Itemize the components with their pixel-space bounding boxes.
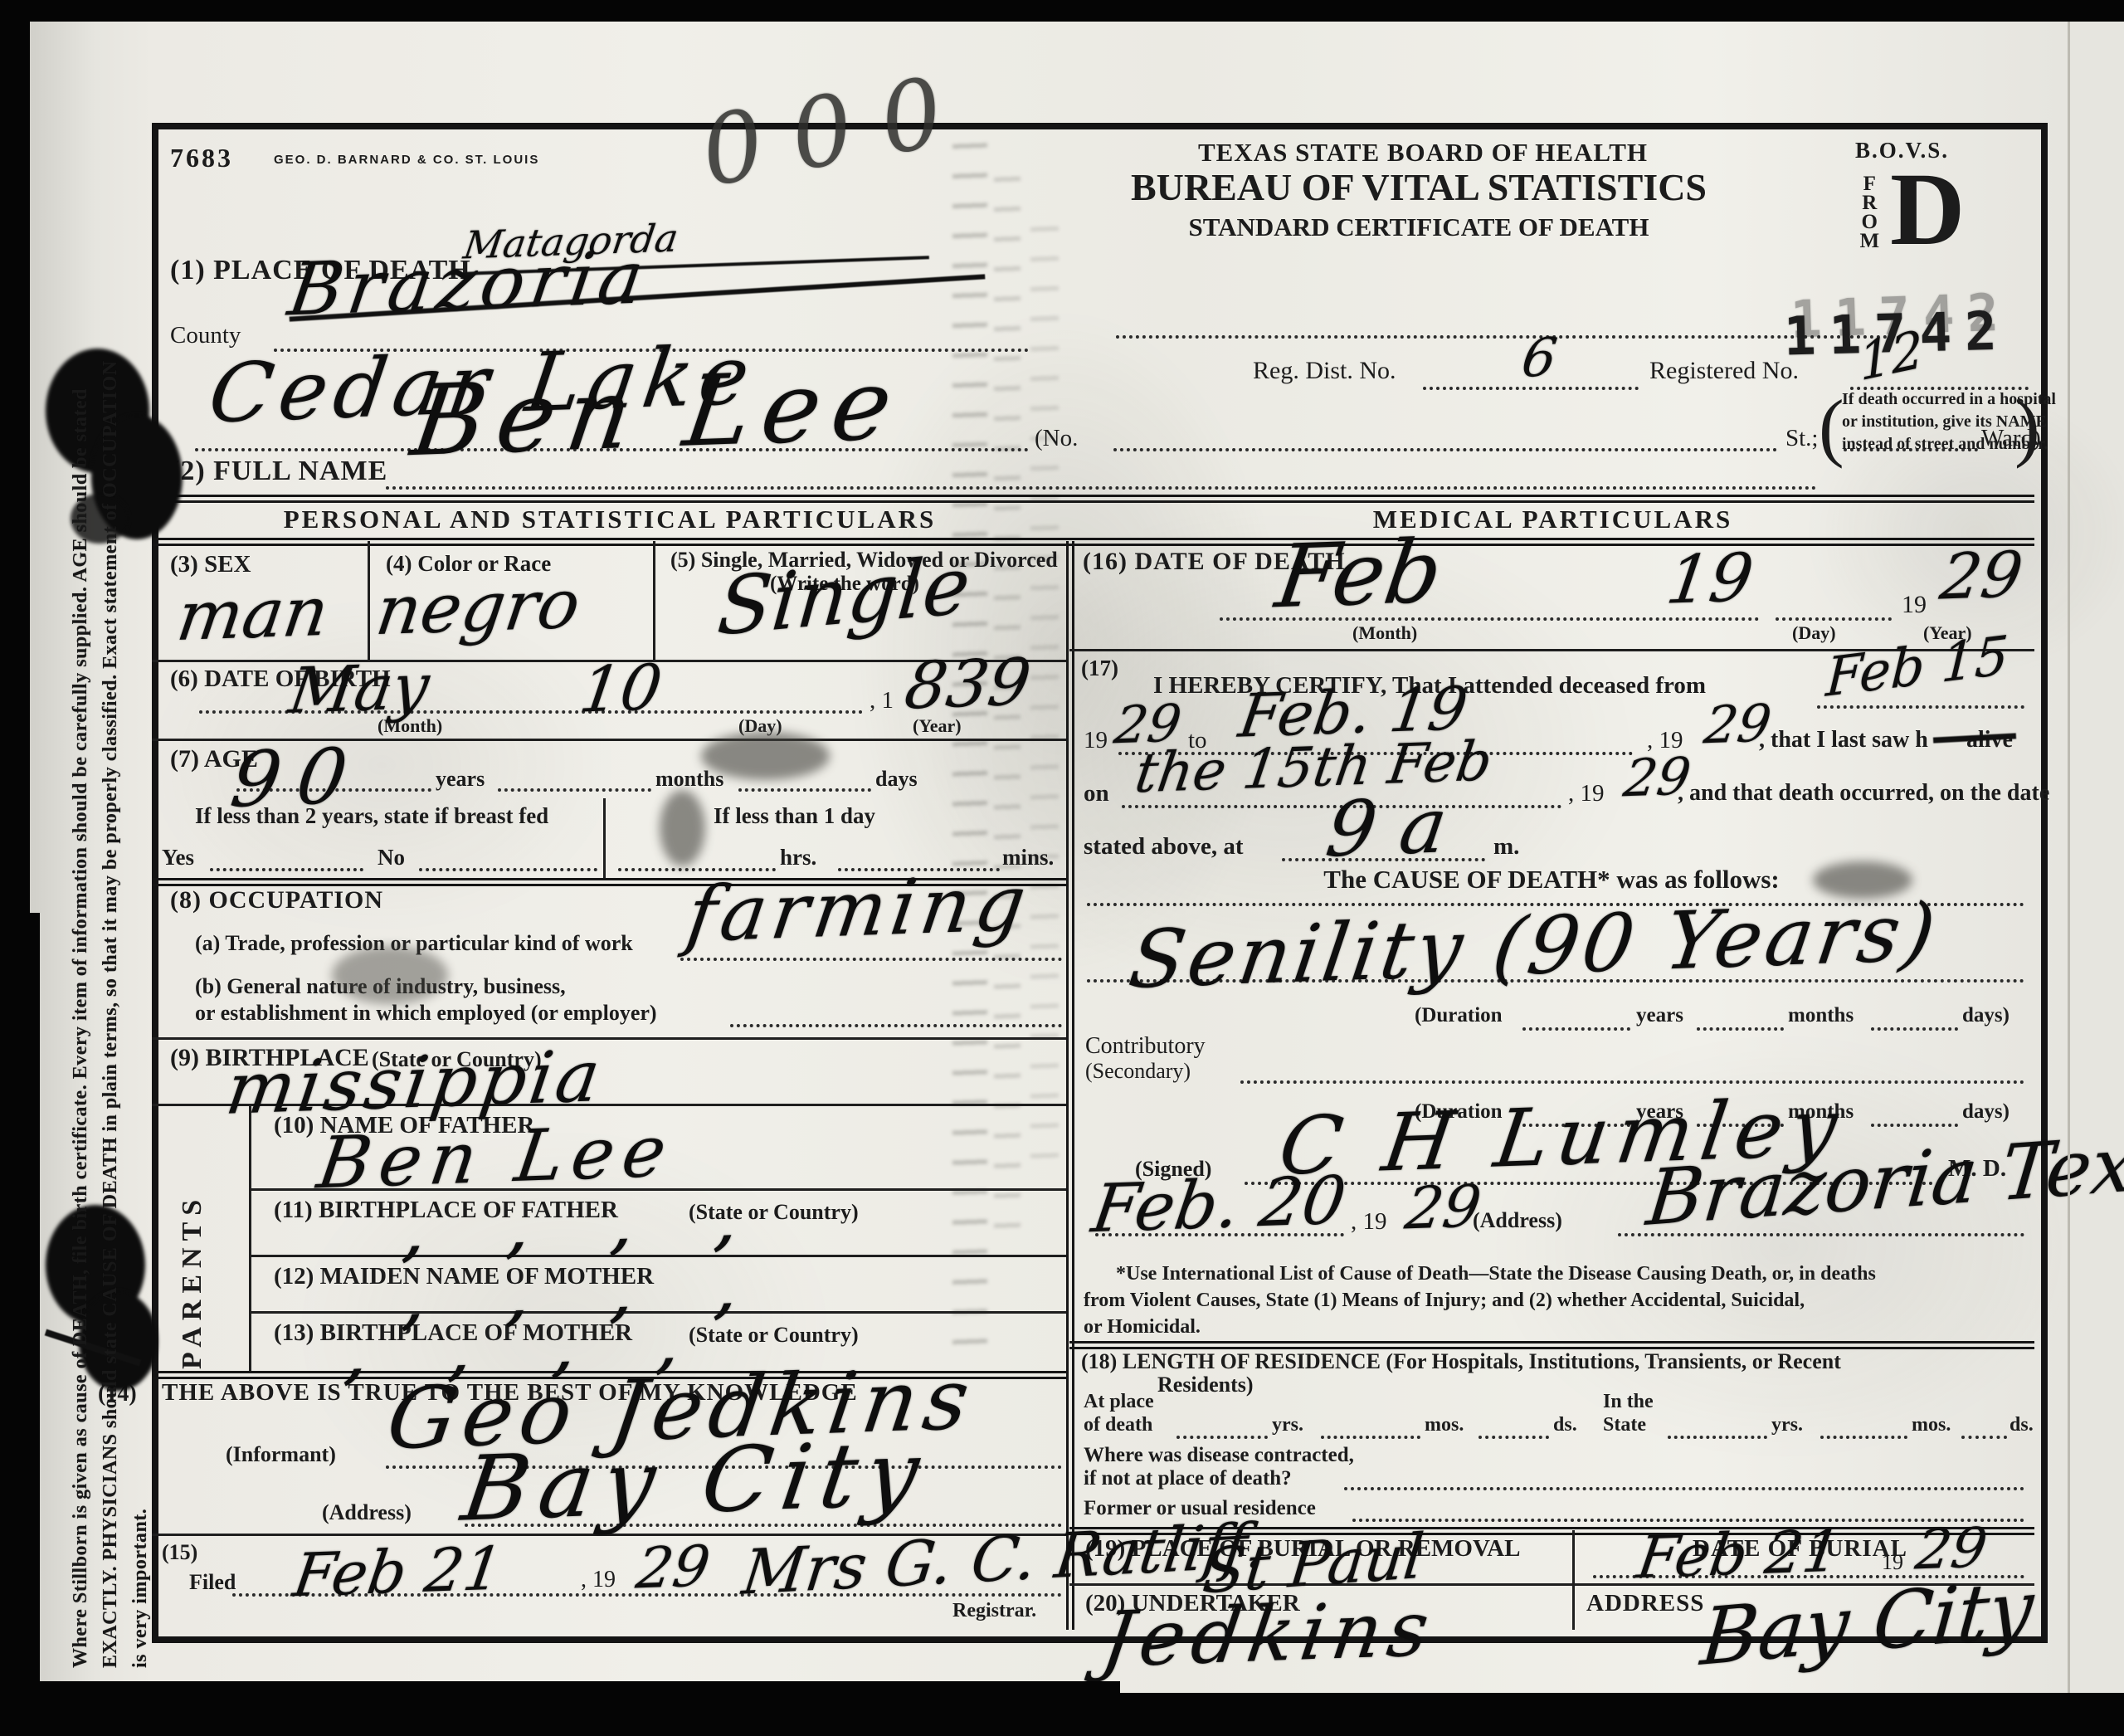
parents-vertical-label: PARENTS	[176, 1129, 208, 1369]
filed-date-handwriting: Feb 21	[290, 1539, 506, 1606]
certify-line3-tail: , and that death occurred, on the date	[1678, 780, 2049, 807]
hospital-note-line3: instead of street and number.	[1842, 435, 2048, 454]
contracted-dotted	[1344, 1487, 2024, 1490]
dob-month-handwriting: May	[285, 655, 433, 723]
certify-line4-pre: stated above, at	[1084, 833, 1244, 861]
residence-dots	[1176, 1436, 1268, 1439]
row-rule	[152, 1037, 1066, 1040]
dob-day-handwriting: 10	[576, 656, 665, 721]
hospital-note-line1: If death occurred in a hospital	[1842, 390, 2056, 409]
informant-label: (Informant)	[226, 1442, 336, 1467]
age-dots	[738, 788, 871, 792]
death-date-dotted-2	[1776, 617, 1892, 621]
contracted-label-1: Where was disease contracted,	[1084, 1444, 1354, 1468]
registrar-label: Registrar.	[952, 1600, 1036, 1623]
margin-note-line-2: EXACTLY. PHYSICIANS should state CAUSE O…	[100, 41, 122, 1668]
occupation-a-handwriting: farming	[682, 866, 1035, 953]
residence-dots	[1321, 1436, 1420, 1439]
certify-year1-printed: 19	[1084, 727, 1108, 754]
duration1-dots	[1697, 1027, 1784, 1031]
undertaker-address-label: ADDRESS	[1586, 1590, 1704, 1617]
footnote-line2: from Violent Causes, State (1) Means of …	[1084, 1290, 1805, 1313]
death-month-handwriting: Feb	[1271, 529, 1447, 622]
pencil-scribble	[332, 946, 448, 1004]
at-place-label-2: of death	[1084, 1414, 1152, 1437]
form-letter-d: D	[1890, 151, 1965, 271]
hospital-note-line2: or institution, give its NAME	[1842, 412, 2047, 432]
ink-smudge	[701, 732, 830, 780]
certify-year2-handwriting: 29	[1701, 698, 1774, 752]
filed-label: Filed	[189, 1570, 236, 1595]
duration1-label: (Duration	[1415, 1004, 1503, 1028]
age-years-word: years	[436, 767, 485, 792]
birthplace-handwriting: missippia	[222, 1041, 607, 1125]
column-divider	[1066, 541, 1074, 1630]
father-name-handwriting: Ben Lee	[314, 1116, 679, 1200]
less-than-day-label: If less than 1 day	[714, 803, 875, 829]
race-value-handwriting: negro	[373, 571, 584, 646]
yrs-label-2: yrs.	[1771, 1414, 1803, 1437]
row-rule-heavy	[1069, 1341, 2034, 1349]
no-label: (No.	[1035, 425, 1078, 452]
race-marital-divider	[653, 541, 655, 660]
no-dots	[419, 868, 597, 871]
from-label: FROM	[1857, 173, 1881, 280]
dob-year-printed: , 1	[870, 687, 894, 714]
at-place-label-1: At place	[1084, 1391, 1154, 1414]
sex-race-divider	[368, 541, 370, 660]
margin-note-line-3: is very important.	[129, 41, 152, 1668]
sex-value-handwriting: man	[173, 578, 333, 651]
filed-year-printed: , 19	[581, 1567, 616, 1593]
death-certificate-scan: Where Stillborn is given as cause of DEA…	[0, 0, 2124, 1736]
residence-label-2: Residents)	[1157, 1373, 1254, 1397]
signed-year-printed: , 19	[1351, 1208, 1387, 1236]
residence-dots	[1820, 1436, 1907, 1439]
yrs-label-1: yrs.	[1272, 1414, 1303, 1437]
filed-year-handwriting: 29	[633, 1539, 714, 1598]
secondary-label: (Secondary)	[1085, 1059, 1191, 1084]
dob-year-handwriting: 839	[901, 650, 1035, 719]
county-dotted-line-right	[1116, 335, 1888, 339]
contributory-dotted	[1240, 1080, 2024, 1084]
duration1-dots	[1522, 1027, 1630, 1031]
medical-section-title: MEDICAL PARTICULARS	[1071, 505, 2034, 534]
certificate-title: STANDARD CERTIFICATE OF DEATH	[1145, 212, 1693, 242]
age-mini-divider	[603, 798, 606, 878]
scan-border-left-lower	[0, 913, 40, 1736]
ds-label-2: ds.	[2010, 1414, 2034, 1437]
certify-on-label: on	[1084, 780, 1109, 807]
age-days-word: days	[875, 767, 918, 792]
death-day-sublabel: (Day)	[1792, 622, 1836, 643]
bureau-title: BUREAU OF VITAL STATISTICS	[1103, 166, 1734, 210]
no-label: No	[378, 845, 405, 870]
printer-imprint: GEO. D. BARNARD & CO. ST. LOUIS	[274, 153, 539, 167]
in-the-label-1: In the	[1603, 1391, 1654, 1414]
yes-label: Yes	[162, 845, 194, 870]
margin-note-line-1: Where Stillborn is given as cause of DEA…	[70, 41, 92, 1668]
section-divider-rule	[152, 495, 2034, 503]
informant-address-handwriting: Bay City	[457, 1429, 934, 1534]
burial-date-handwriting: Feb 21	[1634, 1522, 1844, 1587]
certify-year3-printed: , 19	[1568, 780, 1605, 807]
residence-dots	[1668, 1436, 1767, 1439]
in-the-label-2: State	[1603, 1414, 1646, 1437]
parents-box-line	[249, 1104, 251, 1373]
contributory-label: Contributory	[1085, 1033, 1206, 1060]
duration2-dots	[1871, 1124, 1958, 1127]
duration1-months: months	[1788, 1004, 1854, 1028]
county-label: County	[170, 322, 241, 349]
occupation-label: (8) OCCUPATION	[170, 886, 383, 915]
residence-dots	[1961, 1436, 2007, 1439]
signed-date-handwriting: Feb. 20	[1089, 1168, 1350, 1243]
burial-column-divider	[1572, 1530, 1575, 1630]
contracted-label-2: if not at place of death?	[1084, 1467, 1292, 1491]
burial-year-printed: 19	[1882, 1550, 1903, 1575]
certify-year3-handwriting: 29	[1620, 751, 1693, 805]
certify-m-label: m.	[1493, 833, 1519, 861]
occupation-a-dotted	[680, 958, 1062, 961]
registered-label: Registered No.	[1649, 357, 1799, 386]
duration1-days: days)	[1962, 1004, 2010, 1028]
death-month-sublabel: (Month)	[1352, 622, 1417, 643]
duration1-years: years	[1636, 1004, 1683, 1028]
informant-address-label: (Address)	[322, 1500, 412, 1525]
reg-dist-label: Reg. Dist. No.	[1253, 357, 1396, 386]
death-year-handwriting: 29	[1936, 543, 2026, 608]
paper-fold-line	[2068, 0, 2070, 1736]
personal-section-title: PERSONAL AND STATISTICAL PARTICULARS	[152, 505, 1068, 534]
ink-smudge	[660, 790, 705, 866]
sex-label: (3) SEX	[170, 551, 251, 578]
form-number: 7683	[170, 143, 233, 173]
registered-value-handwriting: 12	[1858, 324, 1926, 389]
no-dotted	[1113, 448, 1777, 451]
ds-label-1: ds.	[1553, 1414, 1577, 1437]
mos-label-1: mos.	[1425, 1414, 1464, 1437]
hospital-note-paren-left: (	[1819, 383, 1844, 471]
occupation-b-line2: or establishment in which employed (or e…	[195, 1001, 657, 1026]
yes-dots	[210, 868, 363, 871]
st-label: St.;	[1785, 425, 1819, 452]
residence-dots	[1479, 1436, 1549, 1439]
death-day-handwriting: 19	[1663, 544, 1757, 614]
full-name-label: (2) FULL NAME	[170, 455, 387, 487]
mos-label-2: mos.	[1912, 1414, 1951, 1437]
death-year-printed: 19	[1902, 591, 1927, 620]
board-title: TEXAS STATE BOARD OF HEALTH	[1170, 138, 1676, 168]
residence-label: (18) LENGTH OF RESIDENCE (For Hospitals,…	[1081, 1349, 1841, 1374]
occupation-b-dotted	[730, 1024, 1062, 1027]
certify-line2-tail: , that I last saw h	[1759, 727, 1928, 753]
age-years-handwriting: 90	[227, 738, 368, 818]
state-or-country-sublabel: (State or Country)	[689, 1323, 859, 1348]
certify-number: (17)	[1081, 656, 1118, 681]
physician-address-label: (Address)	[1473, 1208, 1562, 1233]
filed-number: (15)	[162, 1540, 197, 1565]
duration2-days: days)	[1962, 1100, 2010, 1124]
marital-value-handwriting: Single	[714, 546, 972, 648]
undertaker-handwriting: Jedkins	[1097, 1591, 1440, 1679]
certify-hour-handwriting: 9 a	[1322, 788, 1451, 869]
scan-border-bottom	[0, 1693, 2124, 1736]
father-birthplace-ditto-marks: , , , ,	[402, 1199, 739, 1264]
footnote-line3: or Homicidal.	[1084, 1316, 1201, 1339]
scan-border-top	[0, 0, 2124, 22]
signed-year-handwriting: 29	[1402, 1177, 1484, 1237]
age-dots	[498, 788, 651, 792]
footnote-line1: *Use International List of Cause of Deat…	[1116, 1263, 1876, 1286]
full-name-handwriting: Ben Lee	[407, 355, 909, 470]
duration1-dots	[1871, 1027, 1958, 1031]
scan-border-bottom-ragged	[0, 1681, 1120, 1695]
full-name-dotted	[386, 486, 1817, 490]
